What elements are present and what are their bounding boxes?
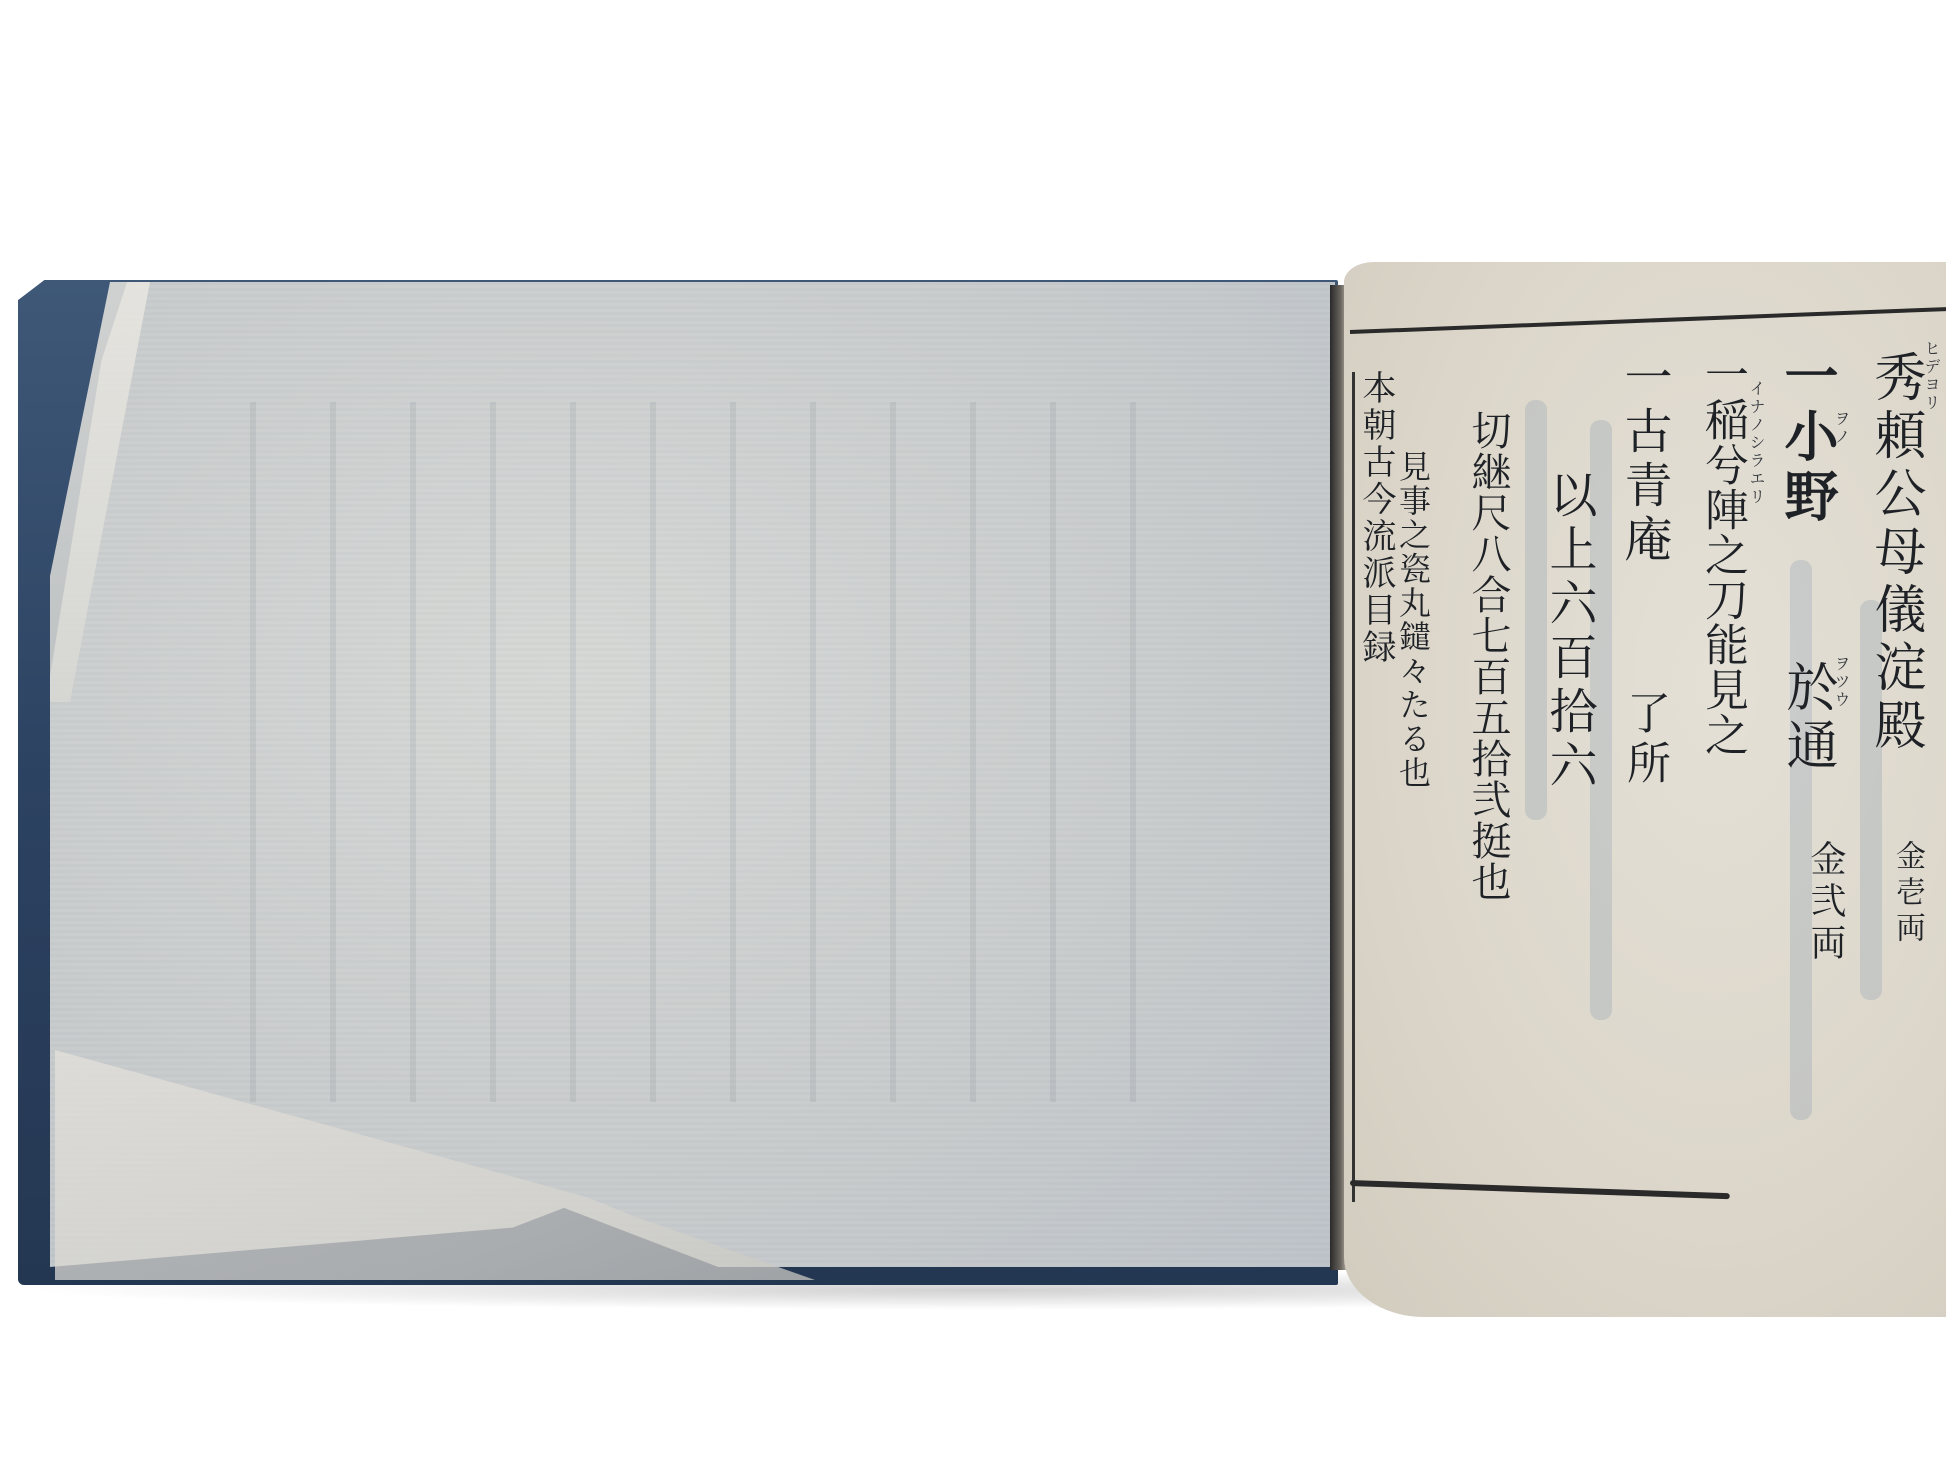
lower-note-2: 金弐両 bbox=[1800, 840, 1851, 966]
text-column-4: 一古青庵 bbox=[1610, 352, 1679, 568]
ruby-column-2b: ヲツウ bbox=[1830, 655, 1853, 709]
text-column-8-title: 本朝古今流派目録 bbox=[1352, 370, 1401, 666]
ruby-column-1: ヒデヨリ bbox=[1920, 340, 1943, 412]
ruby-column-2: ヲノ bbox=[1830, 410, 1853, 446]
ruby-column-3: イナノシラエリ bbox=[1745, 380, 1768, 506]
text-column-6: 切継尺八合七百五拾弐挺也 bbox=[1460, 410, 1517, 902]
show-through-text bbox=[250, 402, 1150, 1102]
text-column-4b: 了所 bbox=[1612, 690, 1676, 790]
lower-note-1: 金壱両 bbox=[1885, 840, 1929, 948]
book-photo: 秀頼公母儀淀殿 ヒデヨリ 一小野 ヲノ 於通 ヲツウ 一稲兮陣之刀能見之 イナノ… bbox=[0, 0, 1946, 1460]
text-column-5: 以上六百拾六 bbox=[1535, 470, 1604, 794]
